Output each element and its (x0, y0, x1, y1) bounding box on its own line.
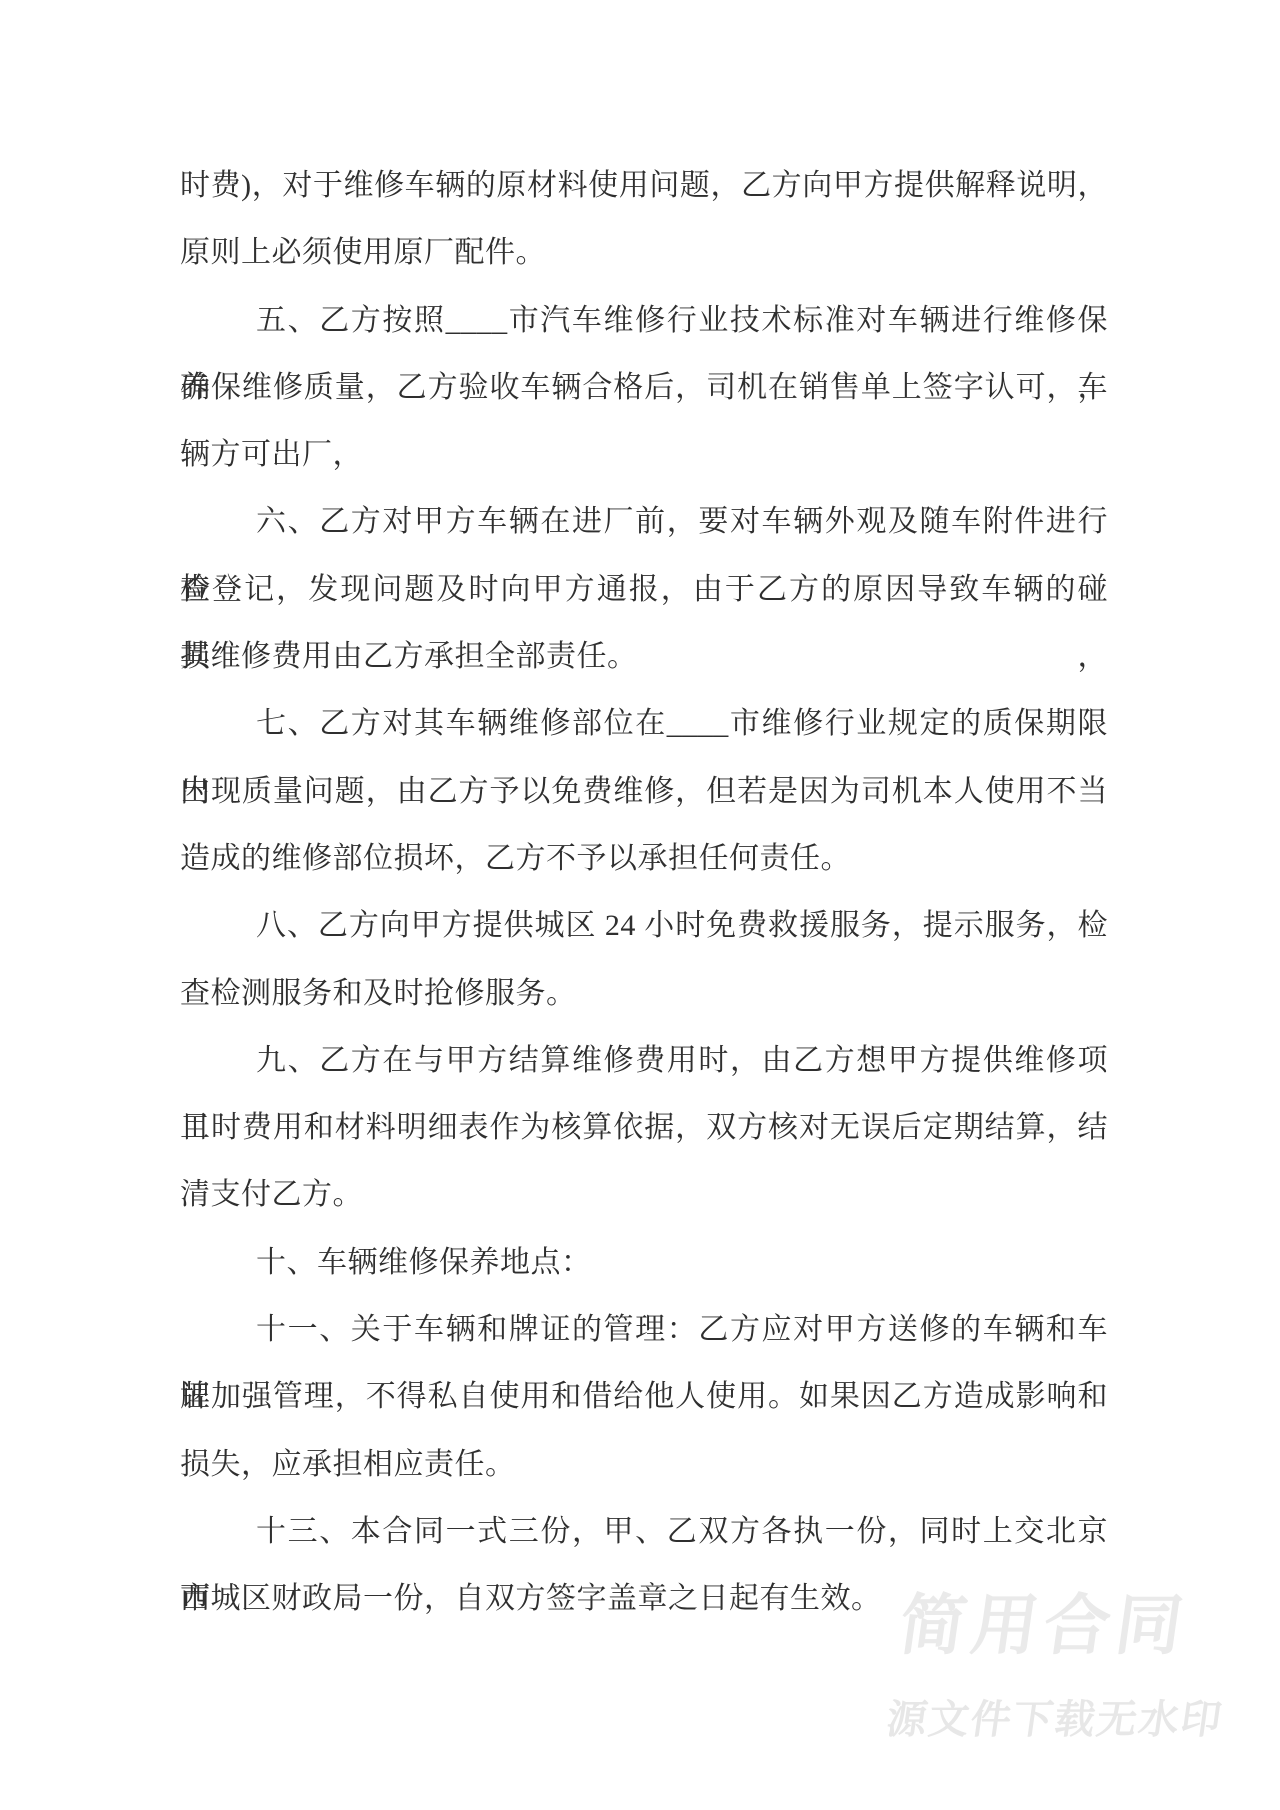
text-line: 九、乙方在与甲方结算维修费用时，由乙方想甲方提供维修项目 (180, 1027, 1108, 1094)
text-line: 五、乙方按照____市汽车维修行业技术标准对车辆进行维修保养， (180, 287, 1108, 354)
watermark: 简用合同 源文件下载无水印 (884, 1592, 1241, 1740)
text-line: 查登记，发现问题及时向甲方通报，由于乙方的原因导致车辆的碰损， (180, 556, 1108, 623)
text-line: 出现质量问题，由乙方予以免费维修，但若是因为司机本人使用不当 (180, 758, 1108, 825)
contract-page: 时费)，对于维修车辆的原材料使用问题，乙方向甲方提供解释说明，原则上必须使用原厂… (0, 0, 1280, 1810)
text-line: 辆方可出厂， (180, 421, 1108, 488)
text-line: 原则上必须使用原厂配件。 (180, 219, 1108, 286)
text-line: 十一、关于车辆和牌证的管理：乙方应对甲方送修的车辆和车牌 (180, 1296, 1108, 1363)
text-line: 确保维修质量，乙方验收车辆合格后，司机在销售单上签字认可，车 (180, 354, 1108, 421)
text-line: 时费)，对于维修车辆的原材料使用问题，乙方向甲方提供解释说明， (180, 152, 1108, 219)
text-line: 十三、本合同一式三份，甲、乙双方各执一份，同时上交北京市 (180, 1498, 1108, 1565)
watermark-title: 简用合同 (896, 1592, 1241, 1658)
text-line: 八、乙方向甲方提供城区 24 小时免费救援服务，提示服务，检 (180, 892, 1108, 959)
watermark-subtitle: 源文件下载无水印 (884, 1700, 1226, 1740)
text-line: 清支付乙方。 (180, 1161, 1108, 1228)
contract-body: 时费)，对于维修车辆的原材料使用问题，乙方向甲方提供解释说明，原则上必须使用原厂… (180, 152, 1108, 1633)
text-line: 工时费用和材料明细表作为核算依据，双方核对无误后定期结算，结 (180, 1094, 1108, 1161)
text-line: 七、乙方对其车辆维修部位在____市维修行业规定的质保期限内 (180, 690, 1108, 757)
text-line: 查检测服务和及时抢修服务。 (180, 960, 1108, 1027)
text-line: 造成的维修部位损坏，乙方不予以承担任何责任。 (180, 825, 1108, 892)
text-line: 损失，应承担相应责任。 (180, 1431, 1108, 1498)
text-line: 证加强管理，不得私自使用和借给他人使用。如果因乙方造成影响和 (180, 1363, 1108, 1430)
text-line: 六、乙方对甲方车辆在进厂前，要对车辆外观及随车附件进行检 (180, 488, 1108, 555)
text-line: 十、车辆维修保养地点： (180, 1229, 1108, 1296)
